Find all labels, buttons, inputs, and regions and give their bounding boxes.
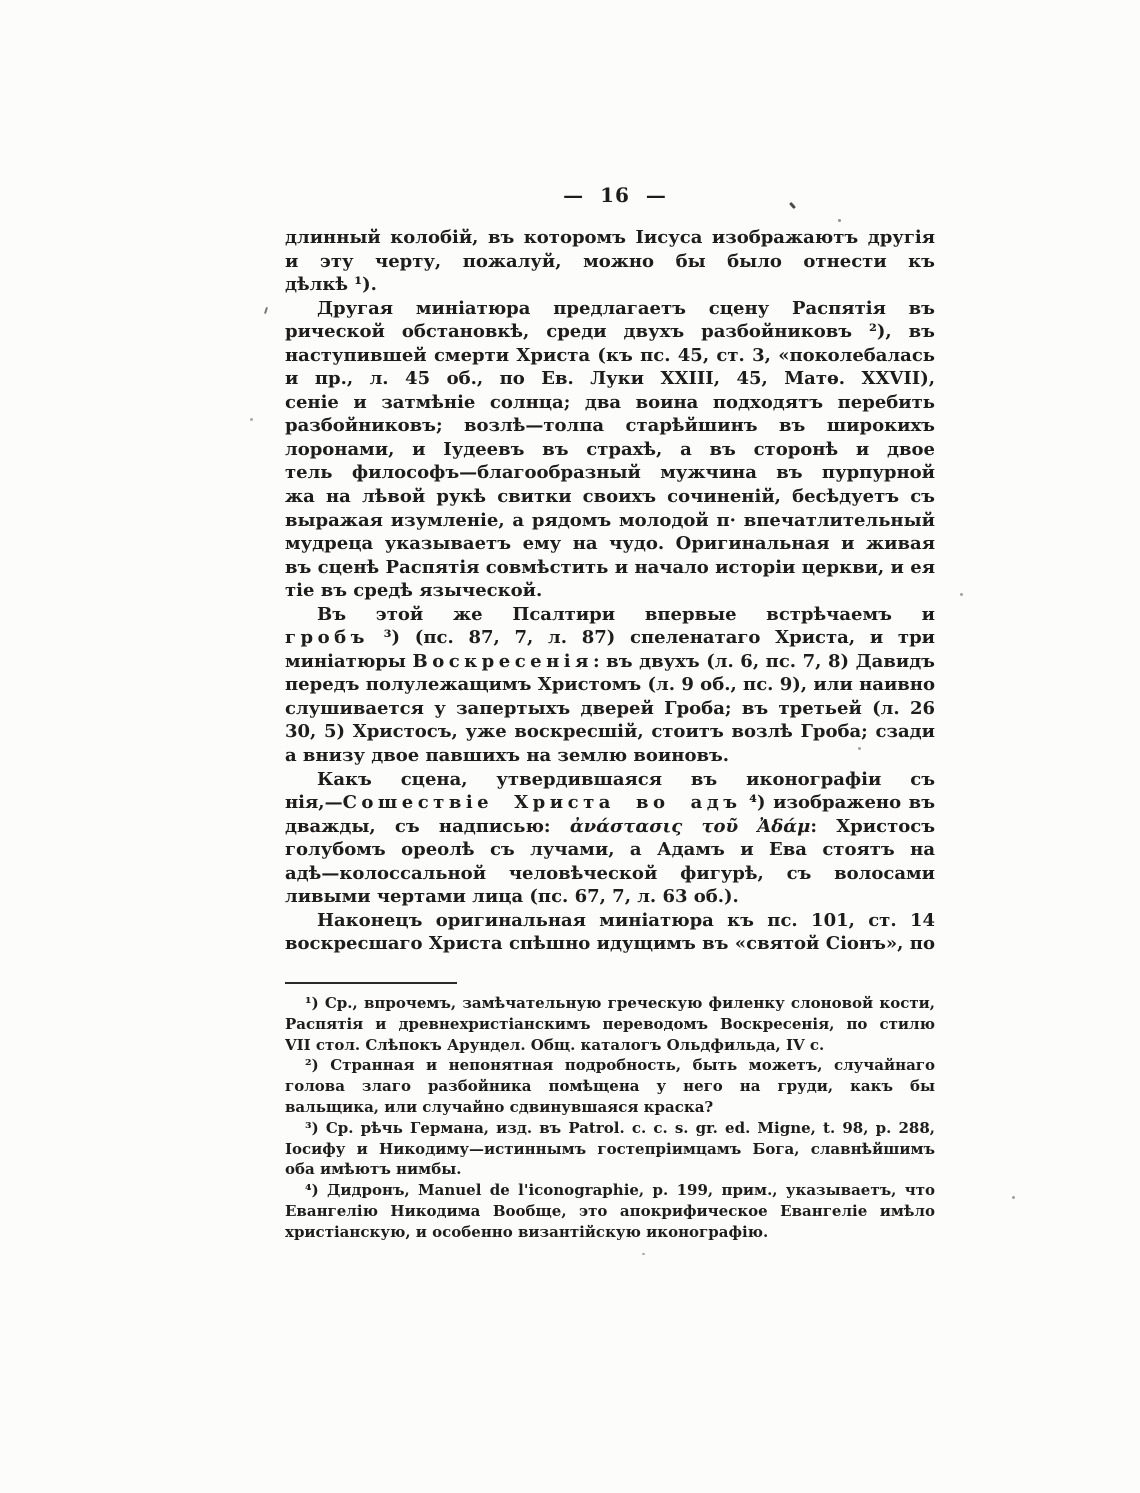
scan-speck [960, 593, 963, 596]
text-segment: а внизу двое павшихъ на землю воиновъ. [285, 745, 729, 766]
text-line: а внизу двое павшихъ на землю воиновъ. [285, 744, 935, 768]
text-line: и эту черту, пожалуй, можно бы было отне… [285, 250, 935, 274]
footnote-line: Распятія и древнехристіанскимъ переводом… [285, 1014, 935, 1035]
text-line: тель философъ—благообразный мужчина въ п… [285, 461, 935, 485]
text-segment: Распятія и древнехристіанскимъ переводом… [285, 1015, 935, 1035]
text-segment: адѣ—колоссальной человѣческой фигурѣ, съ… [285, 863, 935, 886]
text-line: длинный колобій, въ которомъ Іисуса изоб… [285, 226, 935, 250]
text-line: слушивается у запертыхъ дверей Гроба; въ… [285, 697, 935, 721]
text-line: и пр., л. 45 об., по Ев. Луки XXIII, 45,… [285, 367, 935, 391]
text-line: наступившей смерти Христа (къ пс. 45, ст… [285, 344, 935, 368]
text-segment: тель философъ—благообразный мужчина въ п… [285, 462, 935, 485]
paragraph: Другая миніатюра предлагаетъ сцену Распя… [285, 297, 935, 603]
text-segment: Сошествіе Христа во адъ [343, 792, 742, 813]
text-line: Въ этой же Псалтири впервые встрѣчаемъ и… [285, 603, 935, 627]
text-segment: слушивается у запертыхъ дверей Гроба; въ… [285, 698, 935, 721]
footnote-line: Евангелію Никодима Вообще, это апокрифич… [285, 1201, 935, 1222]
footnote-line: вальщика, или случайно сдвинувшаяся крас… [285, 1097, 935, 1118]
text-segment: и эту черту, пожалуй, можно бы было отне… [285, 251, 935, 274]
text-segment: выражая изумленіе, а рядомъ молодой п· в… [285, 510, 935, 533]
text-line: мудреца указываетъ ему на чудо. Оригинал… [285, 532, 935, 556]
text-segment: дѣлкѣ ¹). [285, 274, 377, 295]
text-segment: миніатюры [285, 651, 413, 672]
text-segment: вальщика, или случайно сдвинувшаяся крас… [285, 1098, 713, 1116]
text-line: ливыми чертами лица (пс. 67, 7, л. 63 об… [285, 885, 935, 909]
paragraph: Какъ сцена, утвердившаяся въ иконографіи… [285, 768, 935, 909]
text-segment: мудреца указываетъ ему на чудо. Оригинал… [285, 533, 935, 556]
text-line: Какъ сцена, утвердившаяся въ иконографіи… [285, 768, 935, 792]
text-line: адѣ—колоссальной человѣческой фигурѣ, съ… [285, 862, 935, 886]
footnote-line: голова злаго разбойника помѣщена у него … [285, 1076, 935, 1097]
text-line: Другая миніатюра предлагаетъ сцену Распя… [285, 297, 935, 321]
greek-inscription: ἀνάστασις τοῦ Ἀδάμ [570, 816, 810, 837]
text-segment: голова злаго разбойника помѣщена у него … [285, 1077, 935, 1097]
text-segment: оба имѣютъ нимбы. [285, 1160, 461, 1178]
paragraph: ⁴) Дидронъ, Manuel de l'iconographie, p.… [285, 1180, 935, 1242]
book-page: — 16 — длинный колобій, въ которомъ Іису… [0, 0, 1140, 1493]
page-number: — 16 — [285, 183, 945, 207]
footnote-line: VII стол. Слѣпокъ Арундел. Общ. каталогъ… [285, 1035, 935, 1056]
text-segment: тіе въ средѣ языческой. [285, 580, 542, 601]
text-line: дѣлкѣ ¹). [285, 273, 935, 297]
text-line: передъ полулежащимъ Христомъ (л. 9 об., … [285, 673, 935, 697]
text-segment: передъ полулежащимъ Христомъ (л. 9 об., … [285, 674, 935, 697]
text-segment: Евангелію Никодима Вообще, это апокрифич… [285, 1202, 935, 1222]
footnote-divider [285, 982, 457, 984]
text-line: рической обстановкѣ, среди двухъ разбойн… [285, 320, 935, 344]
text-segment: Другая миніатюра предлагаетъ сцену Распя… [317, 298, 935, 321]
footnote-line: Іосифу и Никодиму—истиннымъ гостепріимца… [285, 1139, 935, 1160]
paragraph: Наконецъ оригинальная миніатюра къ пс. 1… [285, 909, 935, 956]
text-line: выражая изумленіе, а рядомъ молодой п· в… [285, 509, 935, 533]
text-segment: Въ этой же Псалтири впервые встрѣчаемъ и [317, 604, 935, 625]
footnote-line: христіанскую, и особенно византійскую ик… [285, 1222, 935, 1243]
text-line: 30, 5) Христосъ, уже воскресшій, стоитъ … [285, 720, 935, 744]
text-segment: наступившей смерти Христа (къ пс. 45, ст… [285, 345, 935, 368]
text-segment: ³) Ср. рѣчь Германа, изд. въ Patrol. c. … [305, 1119, 935, 1139]
text-line: гробъ ³) (пс. 87, 7, л. 87) спеленатаго … [285, 626, 935, 650]
footnote-line: ⁴) Дидронъ, Manuel de l'iconographie, p.… [285, 1180, 935, 1201]
text-line: въ сценѣ Распятія совмѣстить и начало ис… [285, 556, 935, 580]
text-segment: въ сценѣ Распятія совмѣстить и начало ис… [285, 557, 935, 580]
footnote-line: оба имѣютъ нимбы. [285, 1159, 935, 1180]
text-segment: гробъ [285, 627, 369, 648]
text-segment: рической обстановкѣ, среди двухъ разбойн… [285, 321, 935, 344]
text-segment: ⁴) Дидронъ, Manuel de l'iconographie, p.… [305, 1181, 935, 1201]
text-segment: лоронами, и Іудеевъ въ страхѣ, а въ стор… [285, 439, 935, 462]
text-segment: Какъ сцена, утвердившаяся въ иконографіи… [317, 769, 935, 792]
text-segment: жа на лѣвой рукѣ свитки своихъ сочиненій… [285, 486, 935, 509]
paragraph: длинный колобій, въ которомъ Іисуса изоб… [285, 226, 935, 297]
text-segment: длинный колобій, въ которомъ Іисуса изоб… [285, 227, 935, 250]
text-segment: Воскресенія [413, 651, 593, 672]
text-segment: ¹) Ср., впрочемъ, замѣчательную греческу… [305, 994, 935, 1014]
text-segment: Наконецъ оригинальная миніатюра къ пс. 1… [317, 910, 935, 933]
scan-speck [264, 307, 268, 314]
text-segment: ²) Странная и непонятная подробность, бы… [305, 1056, 935, 1076]
text-line: тіе въ средѣ языческой. [285, 579, 935, 603]
scan-speck [642, 1253, 645, 1255]
text-segment: воскресшаго Христа спѣшно идущимъ въ «св… [285, 933, 935, 956]
text-segment: христіанскую, и особенно византійскую ик… [285, 1223, 768, 1241]
text-segment: дважды, съ надписью: [285, 816, 570, 837]
text-line: воскресшаго Христа спѣшно идущимъ въ «св… [285, 932, 935, 956]
paragraph: ²) Странная и непонятная подробность, бы… [285, 1055, 935, 1117]
text-line: Наконецъ оригинальная миніатюра къ пс. 1… [285, 909, 935, 933]
text-segment: VII стол. Слѣпокъ Арундел. Общ. каталогъ… [285, 1036, 824, 1054]
text-line: нія,—Сошествіе Христа во адъ ⁴) изображе… [285, 791, 935, 815]
text-line: сеніе и затмѣніе солнца; два воина подхо… [285, 391, 935, 415]
paragraph: ³) Ср. рѣчь Германа, изд. въ Patrol. c. … [285, 1118, 935, 1180]
text-segment: ³) (пс. 87, 7, л. 87) спеленатаго Христа… [285, 627, 935, 650]
footnote-line: ²) Странная и непонятная подробность, бы… [285, 1055, 935, 1076]
scan-speck [1012, 1196, 1015, 1199]
text-segment: голубомъ ореолѣ съ лучами, а Адамъ и Ева… [285, 839, 935, 862]
text-line: дважды, съ надписью: ἀνάστασις τοῦ Ἀδάμ:… [285, 815, 935, 839]
text-line: голубомъ ореолѣ съ лучами, а Адамъ и Ева… [285, 838, 935, 862]
text-segment: Іосифу и Никодиму—истиннымъ гостепріимца… [285, 1140, 935, 1160]
paragraph: Въ этой же Псалтири впервые встрѣчаемъ и… [285, 603, 935, 768]
scan-speck [858, 747, 861, 750]
scan-speck [250, 418, 253, 421]
text-segment: сеніе и затмѣніе солнца; два воина подхо… [285, 392, 935, 415]
main-text-block: длинный колобій, въ которомъ Іисуса изоб… [285, 226, 935, 956]
text-line: миніатюры Воскресенія: въ двухъ (л. 6, п… [285, 650, 935, 674]
text-segment: ливыми чертами лица (пс. 67, 7, л. 63 об… [285, 886, 739, 907]
footnote-line: ³) Ср. рѣчь Германа, изд. въ Patrol. c. … [285, 1118, 935, 1139]
text-segment: и пр., л. 45 об., по Ев. Луки XXIII, 45,… [285, 368, 935, 391]
text-line: разбойниковъ; возлѣ—толпа старѣйшинъ въ … [285, 414, 935, 438]
paragraph: ¹) Ср., впрочемъ, замѣчательную греческу… [285, 993, 935, 1055]
text-segment: разбойниковъ; возлѣ—толпа старѣйшинъ въ … [285, 415, 935, 438]
text-segment: 30, 5) Христосъ, уже воскресшій, стоитъ … [285, 721, 935, 744]
footnotes-block: ¹) Ср., впрочемъ, замѣчательную греческу… [285, 993, 935, 1243]
text-line: лоронами, и Іудеевъ въ страхѣ, а въ стор… [285, 438, 935, 462]
footnote-line: ¹) Ср., впрочемъ, замѣчательную греческу… [285, 993, 935, 1014]
text-segment: нія,— [285, 792, 343, 813]
text-line: жа на лѣвой рукѣ свитки своихъ сочиненій… [285, 485, 935, 509]
scan-speck [838, 219, 841, 222]
